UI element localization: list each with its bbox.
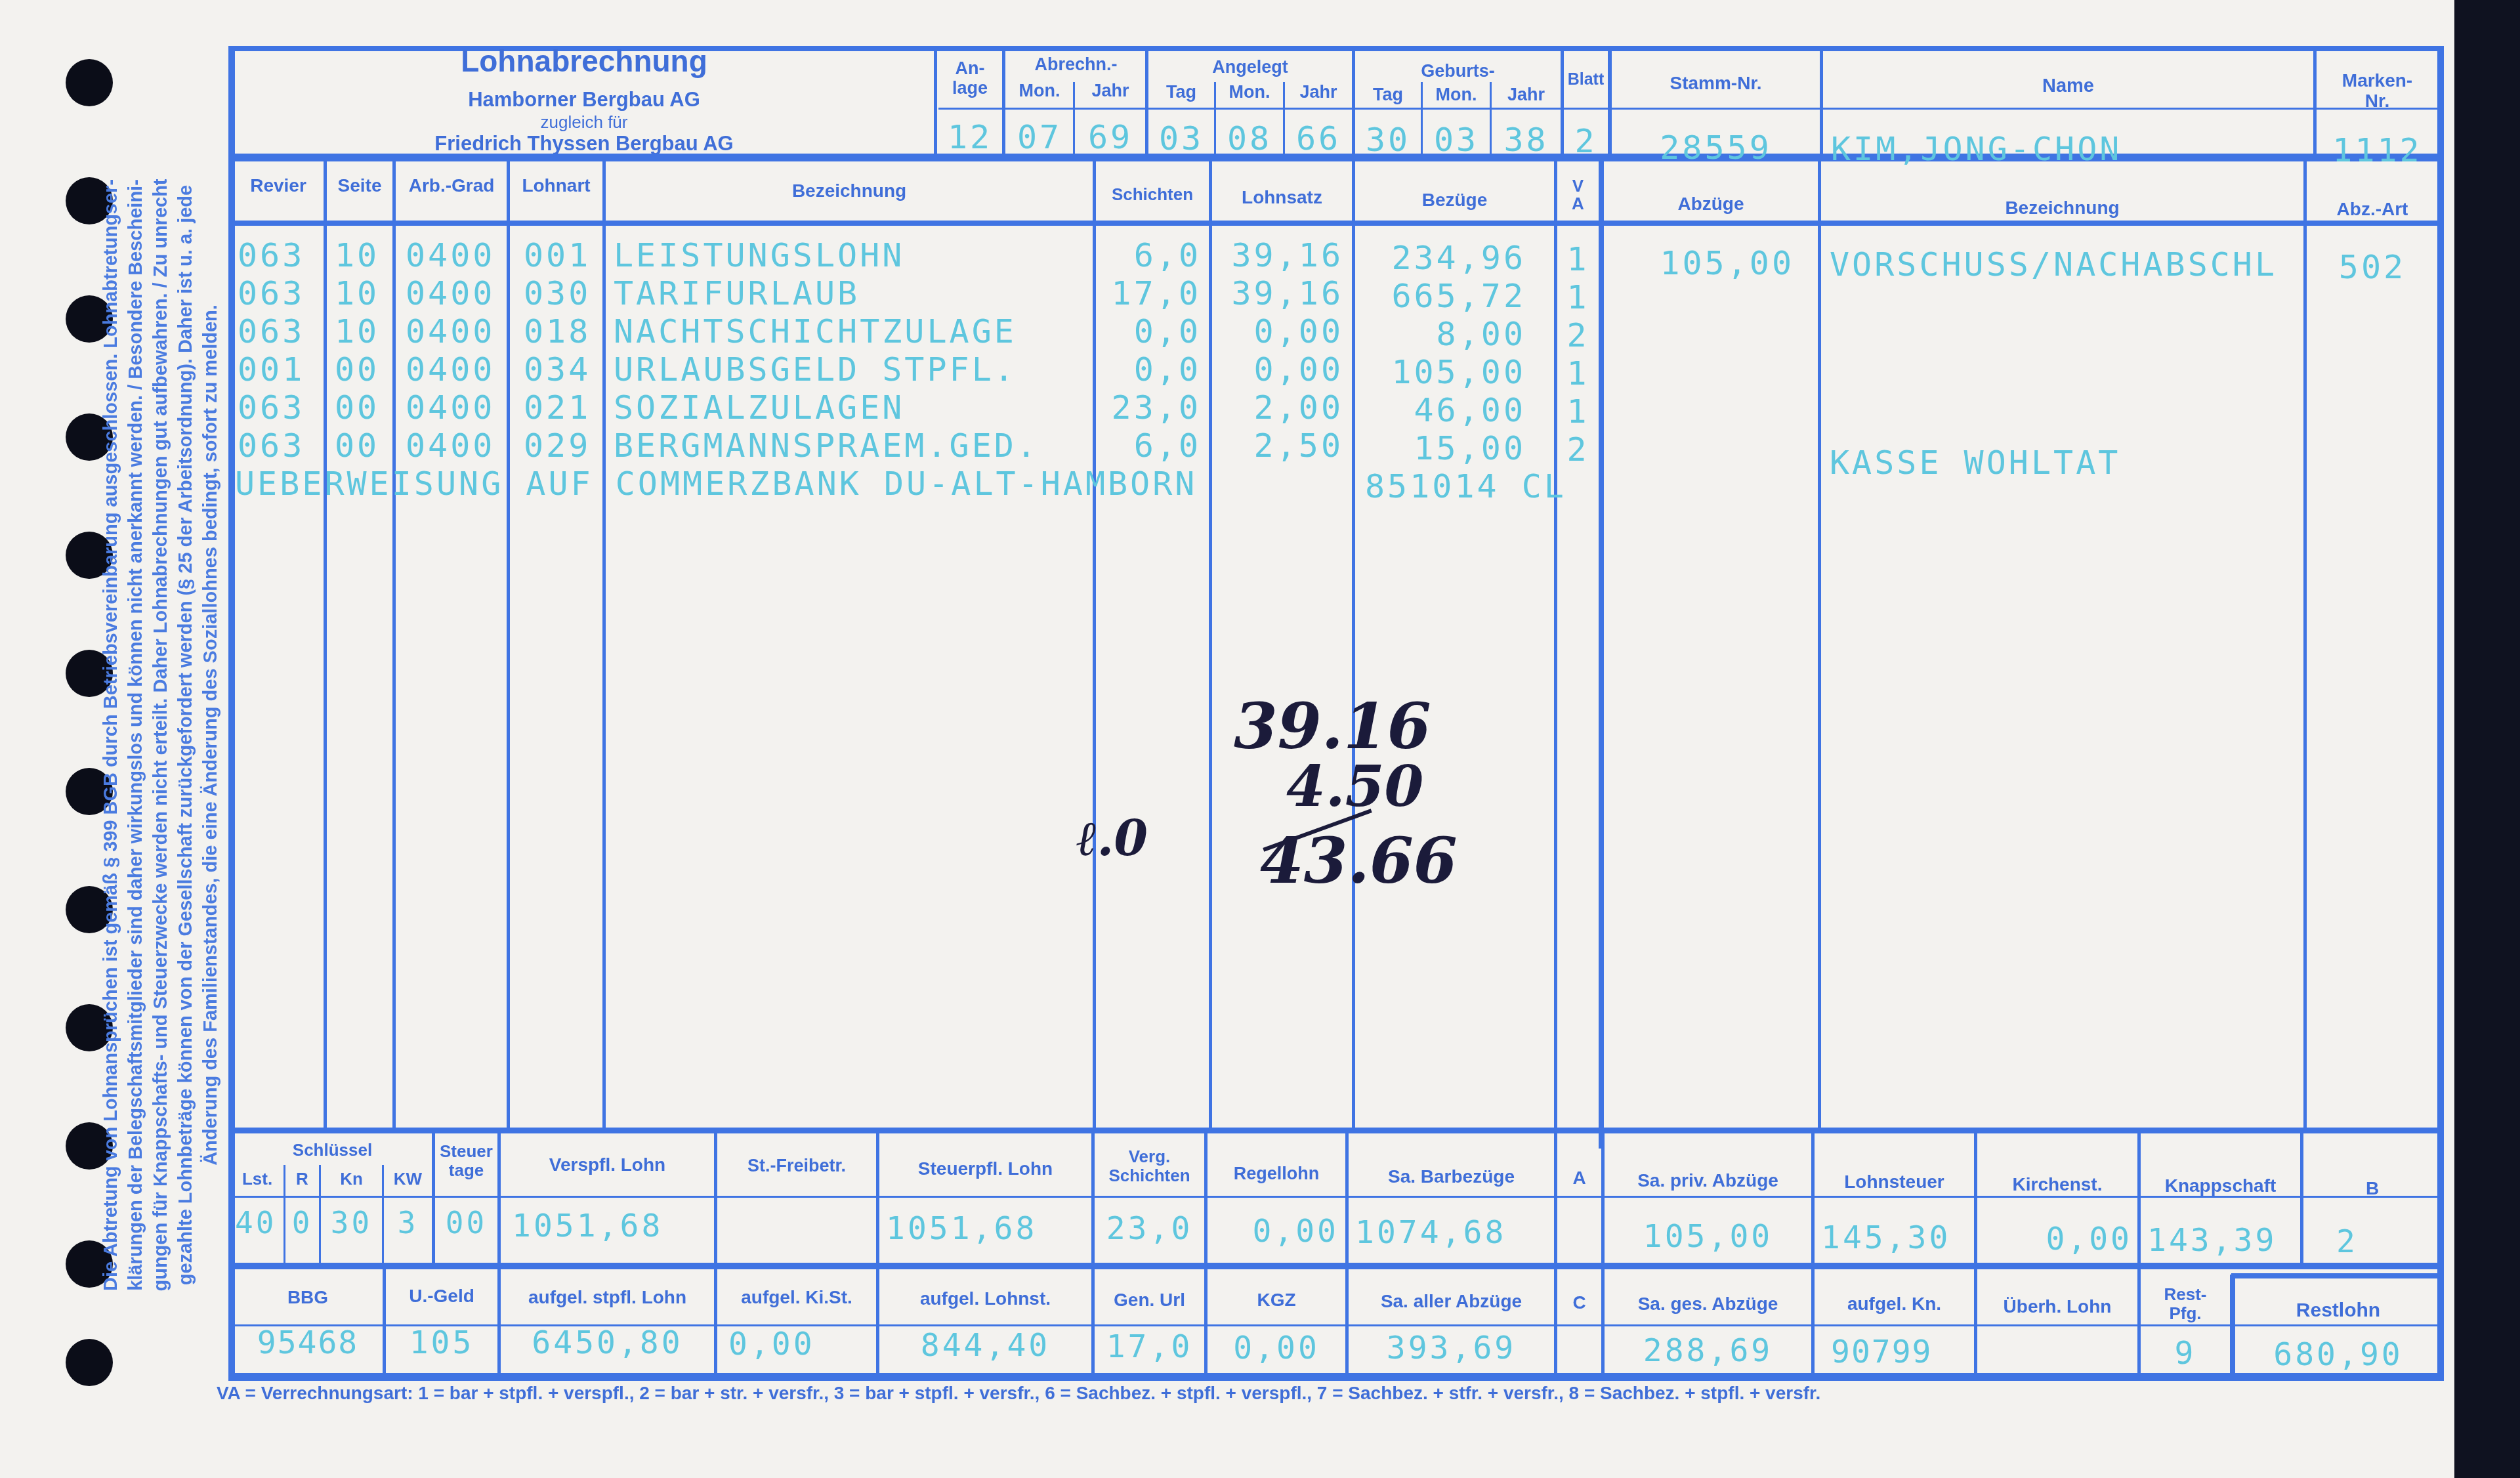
c-label: C [1557, 1293, 1601, 1313]
gen-url-label: Gen. Url [1095, 1290, 1204, 1311]
cell-revier: 063 [238, 312, 304, 350]
cell-lohnart: 034 [524, 350, 591, 389]
cell-lohnart: 018 [524, 312, 591, 350]
knappschaft-value: 143,39 [2147, 1222, 2277, 1259]
divider [324, 158, 327, 1129]
verg-schichten-value: 23,0 [1095, 1210, 1204, 1247]
stamm-nr-label: Stamm-Nr. [1612, 74, 1820, 94]
cell-abz-bezeichnung: KASSE WOHLTAT [1830, 444, 2120, 482]
summary-row1-bottom [228, 1263, 2444, 1269]
cell-bezeichnung: SOZIALZULAGEN [614, 389, 904, 427]
verspfl-lohn-label: Verspfl. Lohn [501, 1155, 714, 1175]
col-abz-art: Abz.-Art [2307, 200, 2438, 220]
anlage-value: 12 [937, 118, 1003, 156]
angelegt-jahr-label: Jahr [1285, 83, 1352, 102]
cell-lohnsatz: 0,00 [1212, 312, 1343, 350]
geburts-tag-label: Tag [1355, 85, 1421, 105]
aufgel-kist-label: aufgel. Ki.St. [717, 1288, 876, 1308]
aufgel-kn-value: 90799 [1831, 1334, 1933, 1370]
angelegt-jahr-value: 66 [1285, 119, 1352, 158]
cell-bezuege: 234,96 [1355, 239, 1526, 277]
va-legend: VA = Verrechnungsart: 1 = bar + stpfl. +… [217, 1383, 2185, 1404]
col-seite: Seite [327, 176, 392, 196]
divider [2137, 1130, 2141, 1265]
sa-priv-abzuege-value: 105,00 [1605, 1218, 1811, 1255]
r-label: R [285, 1170, 319, 1189]
handwritten-margin: ℓ.0 [1076, 811, 1148, 868]
kirchenst-label: Kirchenst. [1977, 1175, 2137, 1195]
cell-seite: 10 [335, 236, 379, 274]
st-freibetr-label: St.-Freibetr. [717, 1156, 876, 1176]
col-va: V A [1557, 177, 1599, 213]
company-name-2: Friedrich Thyssen Bergbau AG [367, 133, 801, 155]
cell-arb-grad: 0400 [406, 236, 495, 274]
handwritten-line-2: 4.50 [1286, 753, 1423, 820]
payslip-document: Die Abtretung von Lohnansprüchen ist gem… [0, 0, 2454, 1478]
side-notice: Die Abtretung von Lohnansprüchen ist gem… [98, 79, 230, 1391]
cell-bezuege: 105,00 [1355, 353, 1526, 391]
cell-seite: 00 [335, 350, 379, 389]
cell-lohnsatz: 0,00 [1212, 350, 1343, 389]
col-revier: Revier [233, 176, 324, 196]
anlage-label: An- lage [937, 59, 1003, 98]
cell-lohnart: 021 [524, 389, 591, 427]
stamm-nr-value: 28559 [1612, 129, 1820, 167]
divider [1811, 1130, 1815, 1265]
aufgel-kist-value: 0,00 [728, 1326, 815, 1362]
cell-bezeichnung: NACHTSCHICHTZULAGE [614, 312, 1017, 350]
r-value: 0 [285, 1205, 319, 1240]
handwritten-line-3: 43.66 [1260, 824, 1458, 898]
sa-ges-abzuege-value: 288,69 [1605, 1332, 1811, 1369]
divider [228, 1196, 2444, 1198]
lohnsteuer-label: Lohnsteuer [1815, 1172, 1974, 1193]
restlohn-label: Restlohn [2235, 1299, 2441, 1321]
cell-lohnsatz: 2,50 [1212, 427, 1343, 465]
cell-va: 2 [1557, 316, 1599, 354]
col-arb-grad: Arb.-Grad [396, 176, 507, 196]
cell-va: 1 [1557, 354, 1599, 392]
regellohn-label: Regellohn [1207, 1164, 1345, 1184]
marken-nr-value: 1112 [2317, 131, 2438, 169]
cell-seite: 00 [335, 389, 379, 427]
cell-abz-art: 502 [2307, 248, 2438, 286]
geburts-mon-label: Mon. [1423, 85, 1490, 105]
angelegt-tag-label: Tag [1148, 83, 1214, 102]
sa-barbezuege-value: 1074,68 [1355, 1214, 1506, 1251]
cell-lohnart: 030 [524, 274, 591, 312]
sa-priv-abzuege-label: Sa. priv. Abzüge [1605, 1171, 1811, 1191]
company-name: Hamborner Bergbau AG [394, 89, 774, 111]
sa-barbezuege-label: Sa. Barbezüge [1349, 1167, 1554, 1187]
also-for-text: zugleich für [394, 113, 774, 132]
kirchenst-value: 0,00 [1977, 1221, 2132, 1257]
cell-schichten: 0,0 [1096, 312, 1201, 350]
account-number: 851014 CL [1365, 467, 1566, 505]
cell-bezuege: 665,72 [1355, 277, 1526, 315]
cell-revier: 063 [238, 236, 304, 274]
cell-revier: 001 [238, 350, 304, 389]
sa-aller-abzuege-label: Sa. aller Abzüge [1349, 1292, 1554, 1312]
cell-seite: 00 [335, 427, 379, 465]
side-notice-line: klärungen der Belegschaftsmitglieder sin… [123, 79, 148, 1391]
side-notice-line: gezahlte Lohnbeträge können von der Gese… [173, 79, 198, 1391]
gen-url-value: 17,0 [1095, 1328, 1204, 1365]
steuertage-label: Steuer tage [435, 1142, 497, 1179]
restlohn-value: 680,90 [2235, 1336, 2441, 1373]
aufgel-kn-label: aufgel. Kn. [1815, 1294, 1974, 1315]
summary-row2-bottom [228, 1373, 2444, 1381]
lst-value: 40 [235, 1205, 276, 1240]
steuerpfl-lohn-label: Steuerpfl. Lohn [879, 1159, 1091, 1179]
cell-va: 2 [1557, 431, 1599, 469]
cell-schichten: 0,0 [1096, 350, 1201, 389]
geburts-label: Geburts- [1355, 62, 1561, 81]
steuerpfl-lohn-value: 1051,68 [886, 1210, 1037, 1247]
lohnsteuer-value: 145,30 [1821, 1219, 1950, 1256]
divider [1554, 1267, 1557, 1376]
kn-value: 30 [321, 1205, 382, 1240]
cell-bezeichnung: URLAUBSGELD STPFL. [614, 350, 1017, 389]
cell-arb-grad: 0400 [406, 389, 495, 427]
sa-aller-abzuege-value: 393,69 [1349, 1330, 1554, 1366]
divider [602, 158, 606, 1129]
kw-value: 3 [384, 1205, 432, 1240]
cell-va: 1 [1557, 240, 1599, 278]
divider [714, 1130, 717, 1265]
col-abzuege: Abzüge [1604, 194, 1818, 215]
cell-abz-bezeichnung: VORSCHUSS/NACHABSCHL [1830, 245, 2277, 284]
bbg-value: 95468 [233, 1324, 383, 1361]
geburts-jahr-label: Jahr [1492, 85, 1561, 105]
col-lohnsatz: Lohnsatz [1212, 188, 1352, 208]
angelegt-label: Angelegt [1148, 58, 1352, 77]
b-value: 2 [2336, 1223, 2358, 1260]
divider [714, 1267, 717, 1376]
cell-schichten: 6,0 [1096, 236, 1201, 274]
divider [938, 108, 2441, 110]
geburts-mon-value: 03 [1423, 121, 1490, 159]
side-notice-line: Die Abtretung von Lohnansprüchen ist gem… [98, 79, 123, 1391]
cell-arb-grad: 0400 [406, 312, 495, 350]
verg-schichten-label: Verg. Schichten [1095, 1147, 1204, 1185]
bbg-label: BBG [233, 1288, 383, 1308]
cell-va: 1 [1557, 392, 1599, 431]
summary-row1-top [228, 1128, 2444, 1133]
geburts-jahr-value: 38 [1492, 121, 1561, 159]
handwritten-line-1: 39.16 [1234, 689, 1431, 763]
aufgel-lohnst-label: aufgel. Lohnst. [879, 1289, 1091, 1309]
blatt-label: Blatt [1564, 71, 1608, 89]
angelegt-tag-value: 03 [1148, 119, 1214, 158]
steuertage-value: 00 [435, 1205, 497, 1240]
divider [2230, 1275, 2235, 1376]
cell-schichten: 6,0 [1096, 427, 1201, 465]
name-value: KIM,JONG-CHON [1831, 130, 2290, 168]
divider [497, 1130, 501, 1265]
u-geld-value: 105 [386, 1324, 497, 1361]
schluessel-label: Schlüssel [233, 1141, 432, 1160]
abrechnung-mon-label: Mon. [1005, 81, 1074, 101]
cell-schichten: 17,0 [1096, 274, 1201, 312]
col-bezuege: Bezüge [1355, 190, 1554, 211]
side-notice-line: Änderung des Familienstandes, die eine Ä… [198, 79, 223, 1391]
kgz-label: KGZ [1207, 1290, 1345, 1311]
abrechnung-jahr-label: Jahr [1075, 81, 1146, 101]
lst-label: Lst. [231, 1170, 283, 1189]
cell-bezuege: 46,00 [1355, 391, 1526, 429]
cell-lohnsatz: 2,00 [1212, 389, 1343, 427]
verspfl-lohn-value: 1051,68 [512, 1208, 663, 1244]
kw-label: KW [384, 1170, 432, 1189]
cell-lohnsatz: 39,16 [1212, 274, 1343, 312]
divider [507, 158, 510, 1129]
cell-lohnsatz: 39,16 [1212, 236, 1343, 274]
cell-schichten: 23,0 [1096, 389, 1201, 427]
cell-arb-grad: 0400 [406, 427, 495, 465]
abrechnung-jahr-value: 69 [1075, 118, 1146, 156]
cell-bezuege: 8,00 [1355, 315, 1526, 353]
divider [1818, 158, 1821, 1129]
name-label: Name [1823, 76, 2313, 97]
regellohn-value: 0,00 [1207, 1213, 1339, 1250]
ueberh-lohn-label: Überh. Lohn [1977, 1297, 2137, 1317]
cell-revier: 063 [238, 427, 304, 465]
cell-revier: 063 [238, 274, 304, 312]
cell-arb-grad: 0400 [406, 350, 495, 389]
kgz-value: 0,00 [1207, 1330, 1345, 1366]
form-title: Lohnabrechnung [394, 45, 774, 78]
divider [2231, 1273, 2441, 1278]
geburts-tag-value: 30 [1355, 121, 1421, 159]
cell-bezeichnung: LEISTUNGSLOHN [614, 236, 904, 274]
cell-lohnart: 029 [524, 427, 591, 465]
divider [2303, 158, 2307, 1129]
sa-ges-abzuege-label: Sa. ges. Abzüge [1605, 1294, 1811, 1315]
transfer-line: UEBERWEISUNG AUF COMMERZBANK DU-ALT-HAMB… [235, 465, 1197, 503]
divider [1345, 1130, 1349, 1265]
cell-bezuege: 15,00 [1355, 429, 1526, 467]
cell-bezeichnung: BERGMANNSPRAEM.GED. [614, 427, 1039, 465]
cell-va: 1 [1557, 278, 1599, 316]
col-abz-bezeichnung: Bezeichnung [1821, 198, 2303, 219]
cell-seite: 10 [335, 274, 379, 312]
abrechnung-label: Abrechn.- [1005, 55, 1146, 75]
col-bezeichnung: Bezeichnung [606, 181, 1093, 201]
divider [876, 1130, 879, 1265]
col-lohnart: Lohnart [510, 176, 602, 196]
divider [1974, 1267, 1977, 1376]
abrechnung-mon-value: 07 [1005, 118, 1074, 156]
cell-seite: 10 [335, 312, 379, 350]
angelegt-mon-value: 08 [1216, 119, 1283, 158]
divider [1599, 158, 1604, 1149]
rest-pfg-label: Rest- Pfg. [2141, 1285, 2230, 1322]
u-geld-label: U.-Geld [386, 1286, 497, 1307]
angelegt-mon-label: Mon. [1216, 83, 1283, 102]
column-header-divider [228, 221, 2444, 226]
knappschaft-label: Knappschaft [2141, 1176, 2300, 1196]
blatt-value: 2 [1564, 122, 1608, 160]
divider [1554, 1130, 1557, 1265]
b-label: B [2303, 1179, 2441, 1199]
aufgel-lohnst-value: 844,40 [879, 1327, 1091, 1364]
cell-abzuege: 105,00 [1604, 244, 1794, 282]
cell-arb-grad: 0400 [406, 274, 495, 312]
marken-nr-label: Marken- Nr. [2317, 71, 2438, 112]
side-notice-line: gungen für Knappschafts- und Steuerzweck… [148, 79, 173, 1391]
divider [392, 158, 396, 1129]
aufgel-stpfl-lohn-label: aufgel. stpfl. Lohn [501, 1288, 714, 1308]
col-schichten: Schichten [1096, 185, 1209, 204]
cell-bezeichnung: TARIFURLAUB [614, 274, 860, 312]
aufgel-stpfl-lohn-value: 6450,80 [501, 1324, 714, 1361]
rest-pfg-value: 9 [2141, 1335, 2230, 1372]
a-label: A [1557, 1168, 1601, 1189]
divider [1820, 49, 1823, 158]
divider [1811, 1267, 1815, 1376]
cell-revier: 063 [238, 389, 304, 427]
cell-lohnart: 001 [524, 236, 591, 274]
kn-label: Kn [321, 1170, 382, 1189]
